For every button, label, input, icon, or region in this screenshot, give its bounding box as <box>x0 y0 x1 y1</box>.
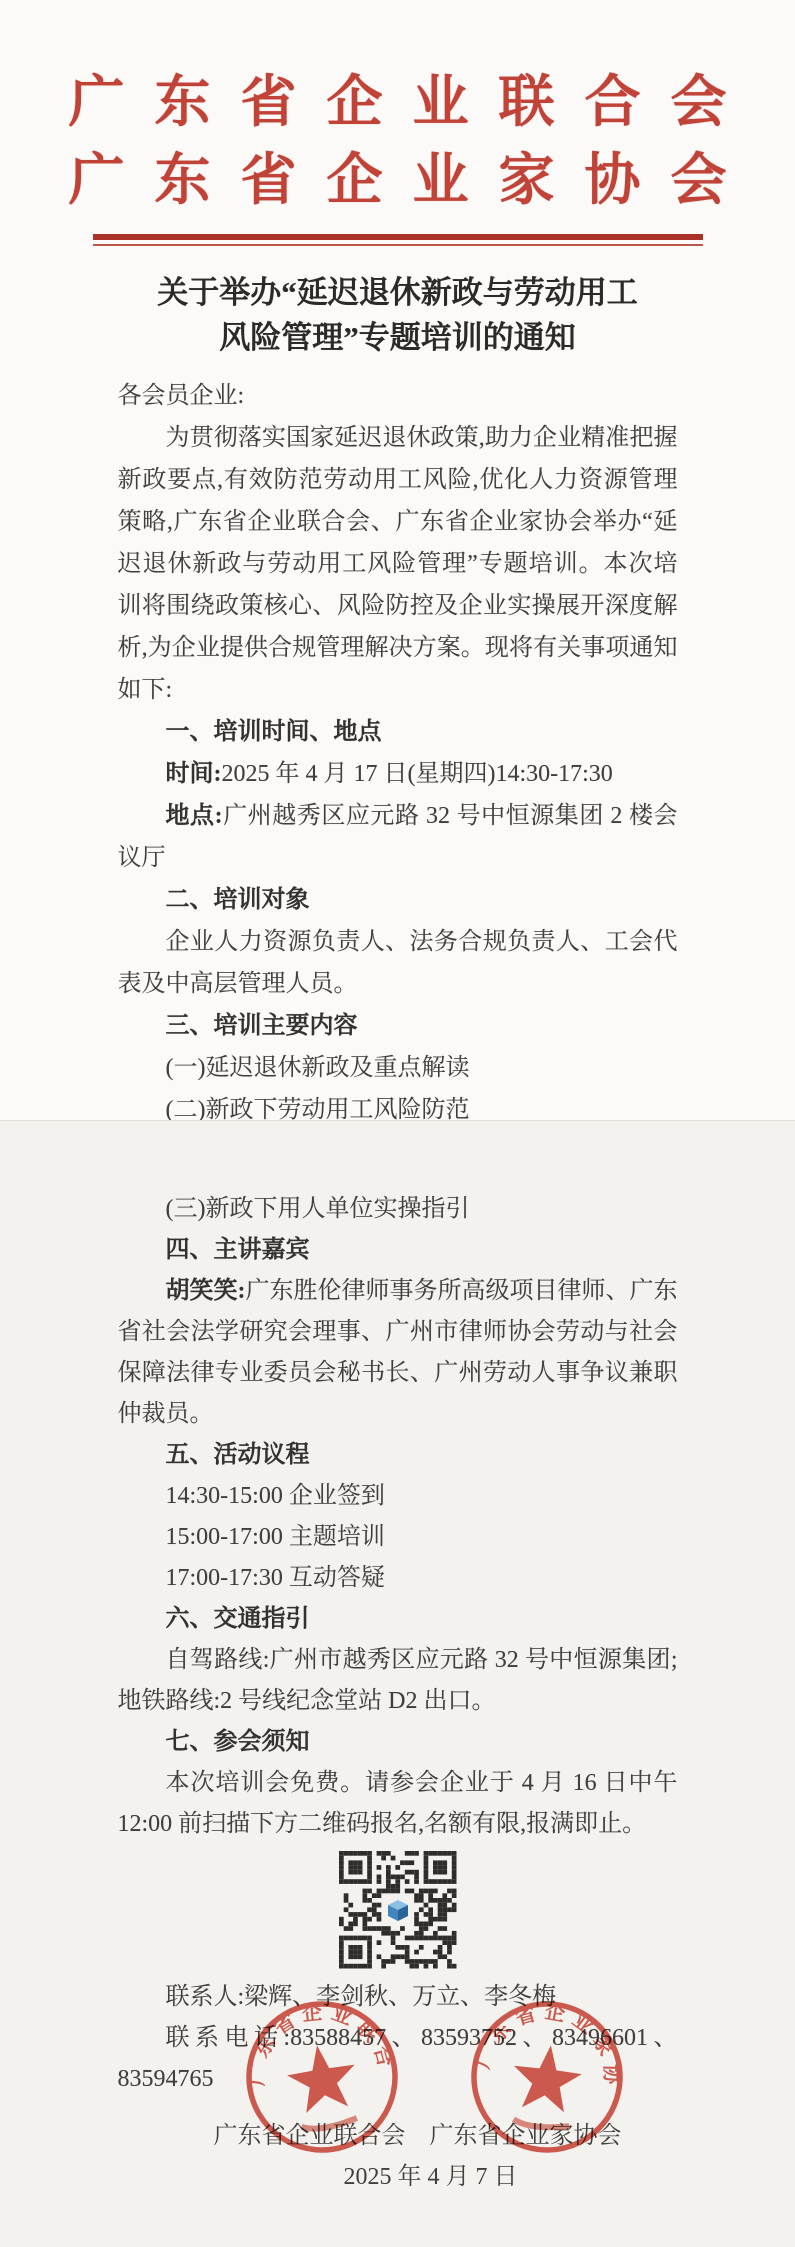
letterhead: 广东省企业联合会 广东省企业家协会 <box>0 0 795 220</box>
notice-page-2: (三)新政下用人单位实操指引四、主讲嘉宾胡笑笑:广东胜伦律师事务所高级项目律师、… <box>0 1120 795 2247</box>
paragraph: 胡笑笑:广东胜伦律师事务所高级项目律师、广东省社会法学研究会理事、广州市律师协会… <box>118 1271 678 1435</box>
paragraph: 四、主讲嘉宾 <box>118 1230 678 1271</box>
paragraph: 地点:广州越秀区应元路 32 号中恒源集团 2 楼会议厅 <box>118 795 678 879</box>
paragraph: 七、参会须知 <box>118 1722 678 1763</box>
notice-title-line-1: 关于举办“延迟退休新政与劳动用工 <box>0 270 795 315</box>
text-run: 时间: <box>166 761 222 787</box>
paragraph: 17:00-17:30 互动答疑 <box>118 1558 678 1599</box>
scanned-notice-document: 广东省企业联合会 广东省企业家协会 关于举办“延迟退休新政与劳动用工 风险管理”… <box>0 0 795 2247</box>
text-run: 自驾路线:广州市越秀区应元路 32 号中恒源集团;地铁路线:2 号线纪念堂站 D… <box>118 1647 678 1714</box>
text-run: (三)新政下用人单位实操指引 <box>166 1196 470 1222</box>
page2-paragraphs: (三)新政下用人单位实操指引四、主讲嘉宾胡笑笑:广东胜伦律师事务所高级项目律师、… <box>118 1189 678 1845</box>
notice-title: 关于举办“延迟退休新政与劳动用工 风险管理”专题培训的通知 <box>0 270 795 360</box>
signature-orgs: 广东省企业联合会 广东省企业家协会 <box>118 2116 678 2157</box>
text-run: 本次培训会免费。请参会企业于 4 月 16 日中午 12:00 前扫描下方二维码… <box>118 1770 678 1837</box>
text-run: (二)新政下劳动用工风险防范 <box>166 1097 470 1120</box>
text-run: 六、交通指引 <box>166 1606 310 1632</box>
text-run: (一)延迟退休新政及重点解读 <box>166 1055 470 1081</box>
page2-body: (三)新政下用人单位实操指引四、主讲嘉宾胡笑笑:广东胜伦律师事务所高级项目律师、… <box>118 1121 678 2198</box>
paragraph: 各会员企业: <box>118 375 678 417</box>
letterhead-org-2: 广东省企业家协会 <box>0 142 795 220</box>
text-run: 为贯彻落实国家延迟退休政策,助力企业精准把握新政要点,有效防范劳动用工风险,优化… <box>118 425 678 703</box>
registration-qr-code <box>339 1851 457 1969</box>
paragraph: 企业人力资源负责人、法务合规负责人、工会代表及中高层管理人员。 <box>118 921 678 1005</box>
divider-thin-line <box>93 244 703 246</box>
letterhead-divider <box>93 234 703 246</box>
text-run: 三、培训主要内容 <box>166 1013 358 1039</box>
text-run: 17:00-17:30 互动答疑 <box>166 1565 385 1591</box>
paragraph: (三)新政下用人单位实操指引 <box>118 1189 678 1230</box>
paragraph: 六、交通指引 <box>118 1599 678 1640</box>
text-run: 2025 年 4 月 17 日(星期四)14:30-17:30 <box>222 761 613 787</box>
paragraph: 为贯彻落实国家延迟退休政策,助力企业精准把握新政要点,有效防范劳动用工风险,优化… <box>118 417 678 711</box>
paragraph: 14:30-15:00 企业签到 <box>118 1476 678 1517</box>
contact-block: 联系人:梁辉、李剑秋、万立、李冬梅联系电话:83588457、83593752、… <box>118 1977 678 2100</box>
paragraph: 五、活动议程 <box>118 1435 678 1476</box>
page1-body: 各会员企业:为贯彻落实国家延迟退休政策,助力企业精准把握新政要点,有效防范劳动用… <box>118 375 678 1120</box>
text-run: 地点: <box>166 803 223 829</box>
signature-block: 广东省企业联合会 广东省企业家协会 2025 年 4 月 7 日 <box>118 2116 678 2198</box>
paragraph: 时间:2025 年 4 月 17 日(星期四)14:30-17:30 <box>118 753 678 795</box>
text-run: 七、参会须知 <box>166 1729 310 1755</box>
paragraph: 联系人:梁辉、李剑秋、万立、李冬梅 <box>118 1977 678 2018</box>
paragraph: (一)延迟退休新政及重点解读 <box>118 1047 678 1089</box>
paragraph: 三、培训主要内容 <box>118 1005 678 1047</box>
text-run: 各会员企业: <box>118 383 245 409</box>
text-run: 四、主讲嘉宾 <box>166 1237 310 1263</box>
qr-code-image <box>339 1851 457 1969</box>
paragraph: 联系电话:83588457、83593752、83496601、83594765 <box>118 2018 678 2100</box>
paragraph: (二)新政下劳动用工风险防范 <box>118 1089 678 1120</box>
notice-page-1: 广东省企业联合会 广东省企业家协会 关于举办“延迟退休新政与劳动用工 风险管理”… <box>0 0 795 1120</box>
notice-title-line-2: 风险管理”专题培训的通知 <box>0 315 795 360</box>
text-run: 15:00-17:00 主题培训 <box>166 1524 385 1550</box>
signature-date: 2025 年 4 月 7 日 <box>118 2157 678 2198</box>
text-run: 14:30-15:00 企业签到 <box>166 1483 385 1509</box>
text-run: 二、培训对象 <box>166 887 310 913</box>
divider-thick-line <box>93 234 703 240</box>
paragraph: 二、培训对象 <box>118 879 678 921</box>
paragraph: 自驾路线:广州市越秀区应元路 32 号中恒源集团;地铁路线:2 号线纪念堂站 D… <box>118 1640 678 1722</box>
paragraph: 本次培训会免费。请参会企业于 4 月 16 日中午 12:00 前扫描下方二维码… <box>118 1763 678 1845</box>
paragraph: 一、培训时间、地点 <box>118 711 678 753</box>
text-run: 一、培训时间、地点 <box>166 719 382 745</box>
text-run: 五、活动议程 <box>166 1442 310 1468</box>
text-run: 胡笑笑: <box>166 1278 246 1304</box>
text-run: 企业人力资源负责人、法务合规负责人、工会代表及中高层管理人员。 <box>118 929 678 997</box>
paragraph: 15:00-17:00 主题培训 <box>118 1517 678 1558</box>
text-run: 联系电话:83588457、83593752、83496601、83594765 <box>118 2025 678 2092</box>
letterhead-org-1: 广东省企业联合会 <box>0 64 795 142</box>
text-run: 联系人:梁辉、李剑秋、万立、李冬梅 <box>166 1984 557 2010</box>
